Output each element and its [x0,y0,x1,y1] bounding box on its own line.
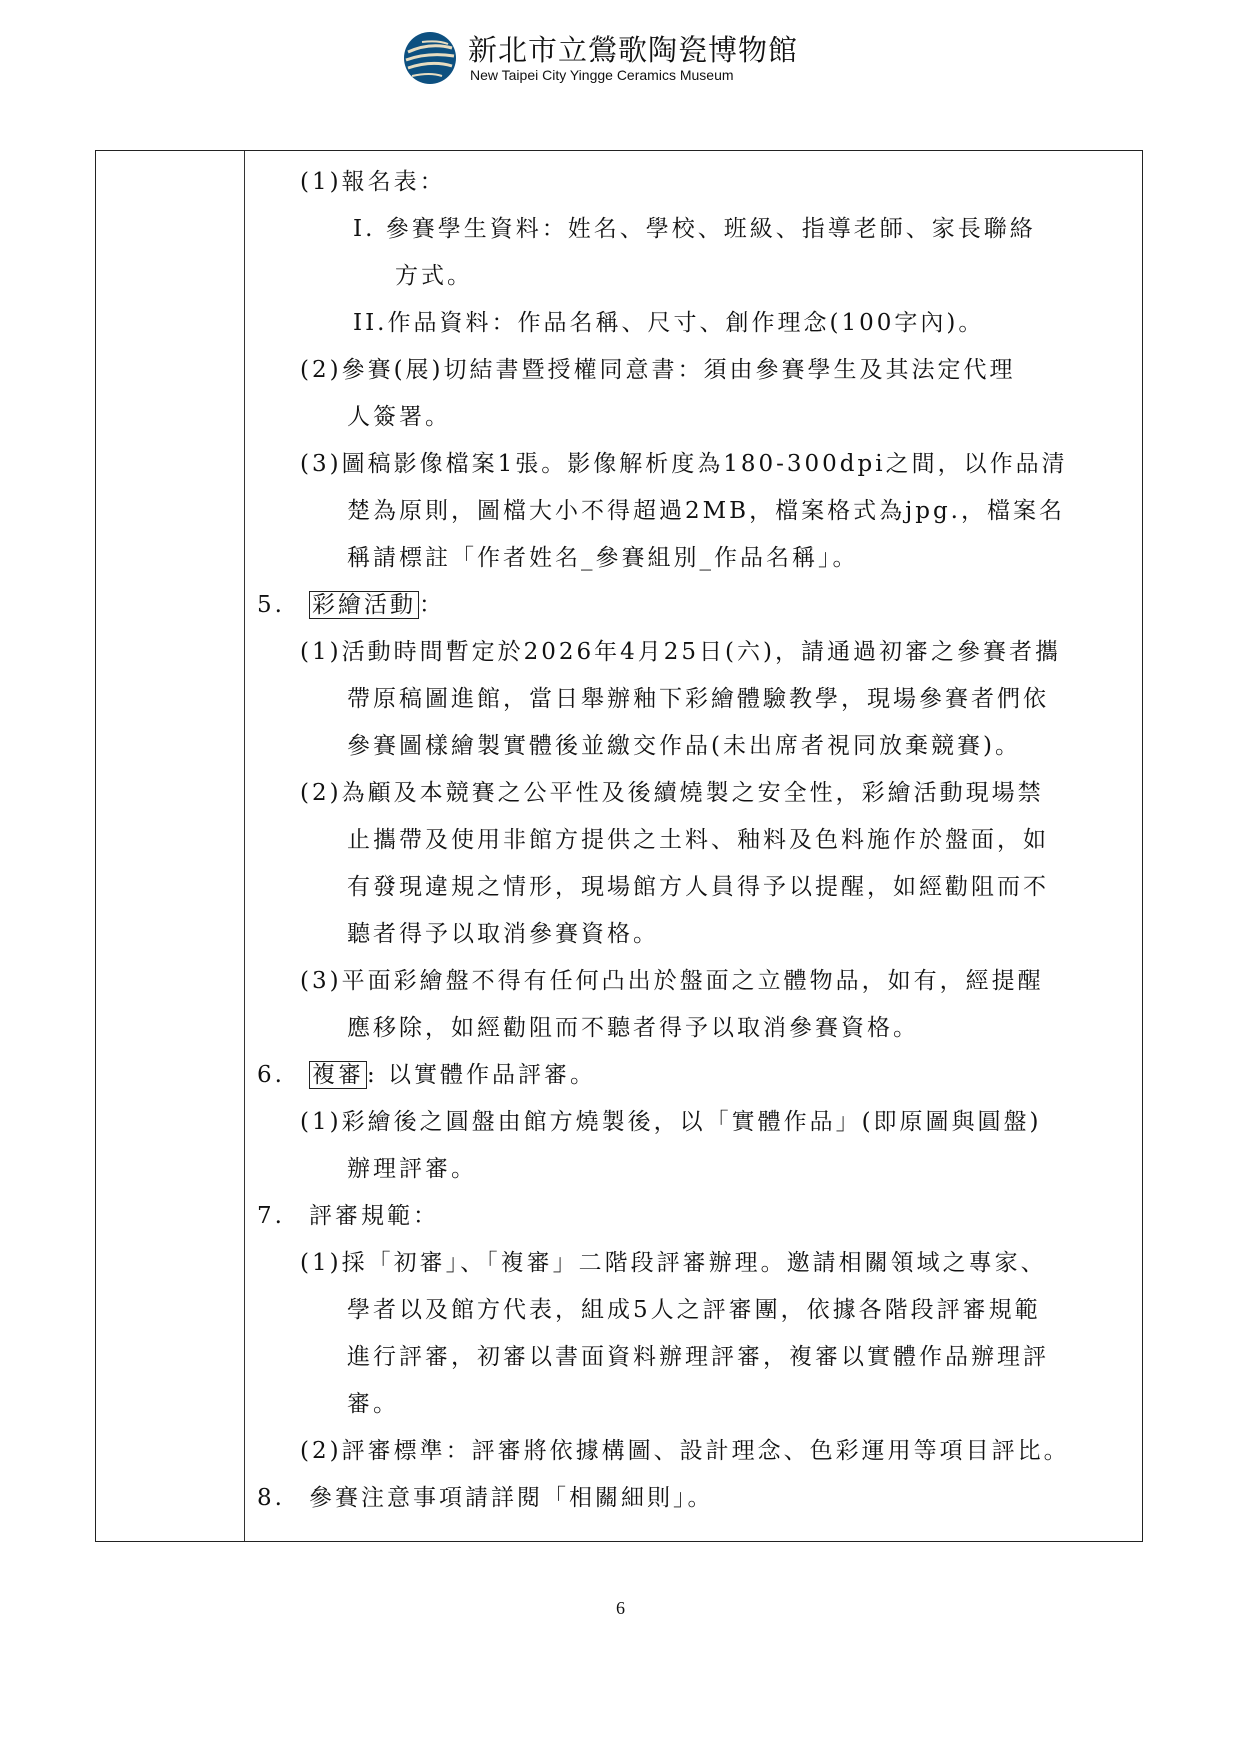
section-number: 7. [257,1201,309,1231]
heading-suffix: : 以實體作品評審。 [367,1062,596,1088]
list-item-affidavit: (2)參賽(展)切結書暨授權同意書：須由參賽學生及其法定代理 [300,355,1016,385]
list-item-artwork-info: II.作品資料：作品名稱、尺寸、創作理念(100字內)。 [353,308,984,338]
boxed-term: 彩繪活動 [309,591,419,619]
list-item-activity-time-cont2: 參賽圖樣繪製實體後並繳交作品(未出席者視同放棄競賽)。 [347,731,1021,761]
table-label-cell [96,151,245,1541]
page-number: 6 [0,1598,1241,1619]
list-item-two-stage-cont2: 進行評審，初審以書面資料辦理評審，複審以實體作品辦理評 [347,1342,1049,1372]
list-item-image-file-cont2: 稱請標註「作者姓名_參賽組別_作品名稱」。 [347,543,859,573]
heading-text: 評審規範： [309,1203,439,1229]
list-item-flat-plate-cont: 應移除，如經勸阻而不聽者得予以取消參賽資格。 [347,1013,919,1043]
list-item-fairness-cont3: 聽者得予以取消參賽資格。 [347,919,659,949]
list-item-student-info: I. 參賽學生資料：姓名、學校、班級、指導老師、家長聯絡 [353,214,1036,244]
list-item-image-file: (3)圖稿影像檔案1張。影像解析度為180-300dpi之間，以作品清 [300,449,1068,479]
content-table: (1)報名表： I. 參賽學生資料：姓名、學校、班級、指導老師、家長聯絡 方式。… [95,150,1143,1542]
page-header: 新北市立鶯歌陶瓷博物館 New Taipei City Yingge Ceram… [402,28,798,88]
heading-text: 參賽注意事項請詳閱「相關細則」。 [309,1485,714,1511]
section-6-heading: 6.複審: 以實體作品評審。 [257,1060,596,1090]
section-7-heading: 7.評審規範： [257,1201,439,1231]
section-number: 5. [257,590,309,620]
list-item-two-stage-cont1: 學者以及館方代表，組成5人之評審團，依據各階段評審規範 [347,1295,1041,1325]
list-item-flat-plate: (3)平面彩繪盤不得有任何凸出於盤面之立體物品，如有，經提醒 [300,966,1044,996]
list-item-two-stage-cont3: 審。 [347,1389,399,1419]
section-number: 6. [257,1060,309,1090]
section-5-heading: 5.彩繪活動： [257,590,445,620]
list-item-fairness-cont1: 止攜帶及使用非館方提供之土料、釉料及色料施作於盤面，如 [347,825,1049,855]
list-item-activity-time-cont1: 帶原稿圖進館，當日舉辦釉下彩繪體驗教學，現場參賽者們依 [347,684,1049,714]
list-item-student-info-cont: 方式。 [395,261,473,291]
section-number: 8. [257,1483,309,1513]
list-item-activity-time: (1)活動時間暫定於2026年4月25日(六)，請通過初審之參賽者攜 [300,637,1061,667]
museum-name-en: New Taipei City Yingge Ceramics Museum [470,67,798,83]
list-item-final-review: (1)彩繪後之圓盤由館方燒製後，以「實體作品」(即原圖與圓盤) [300,1107,1042,1137]
list-item-image-file-cont1: 楚為原則，圖檔大小不得超過2MB，檔案格式為jpg.，檔案名 [347,496,1065,526]
boxed-term: 複審 [309,1061,367,1089]
list-item-registration-form: (1)報名表： [300,167,446,197]
list-item-criteria: (2)評審標準：評審將依據構圖、設計理念、色彩運用等項目評比。 [300,1436,1070,1466]
museum-logo-icon [402,30,458,86]
list-item-affidavit-cont: 人簽署。 [347,402,451,432]
list-item-final-review-cont: 辦理評審。 [347,1154,477,1184]
table-content-cell: (1)報名表： I. 參賽學生資料：姓名、學校、班級、指導老師、家長聯絡 方式。… [245,151,1142,1541]
list-item-two-stage: (1)採「初審」、「複審」二階段評審辦理。邀請相關領域之專家、 [300,1248,1047,1278]
list-item-fairness: (2)為顧及本競賽之公平性及後續燒製之安全性，彩繪活動現場禁 [300,778,1044,808]
heading-suffix: ： [419,592,445,618]
section-8-heading: 8.參賽注意事項請詳閱「相關細則」。 [257,1483,714,1513]
list-item-fairness-cont2: 有發現違規之情形，現場館方人員得予以提醒，如經勸阻而不 [347,872,1049,902]
museum-name-zh: 新北市立鶯歌陶瓷博物館 [468,33,798,67]
